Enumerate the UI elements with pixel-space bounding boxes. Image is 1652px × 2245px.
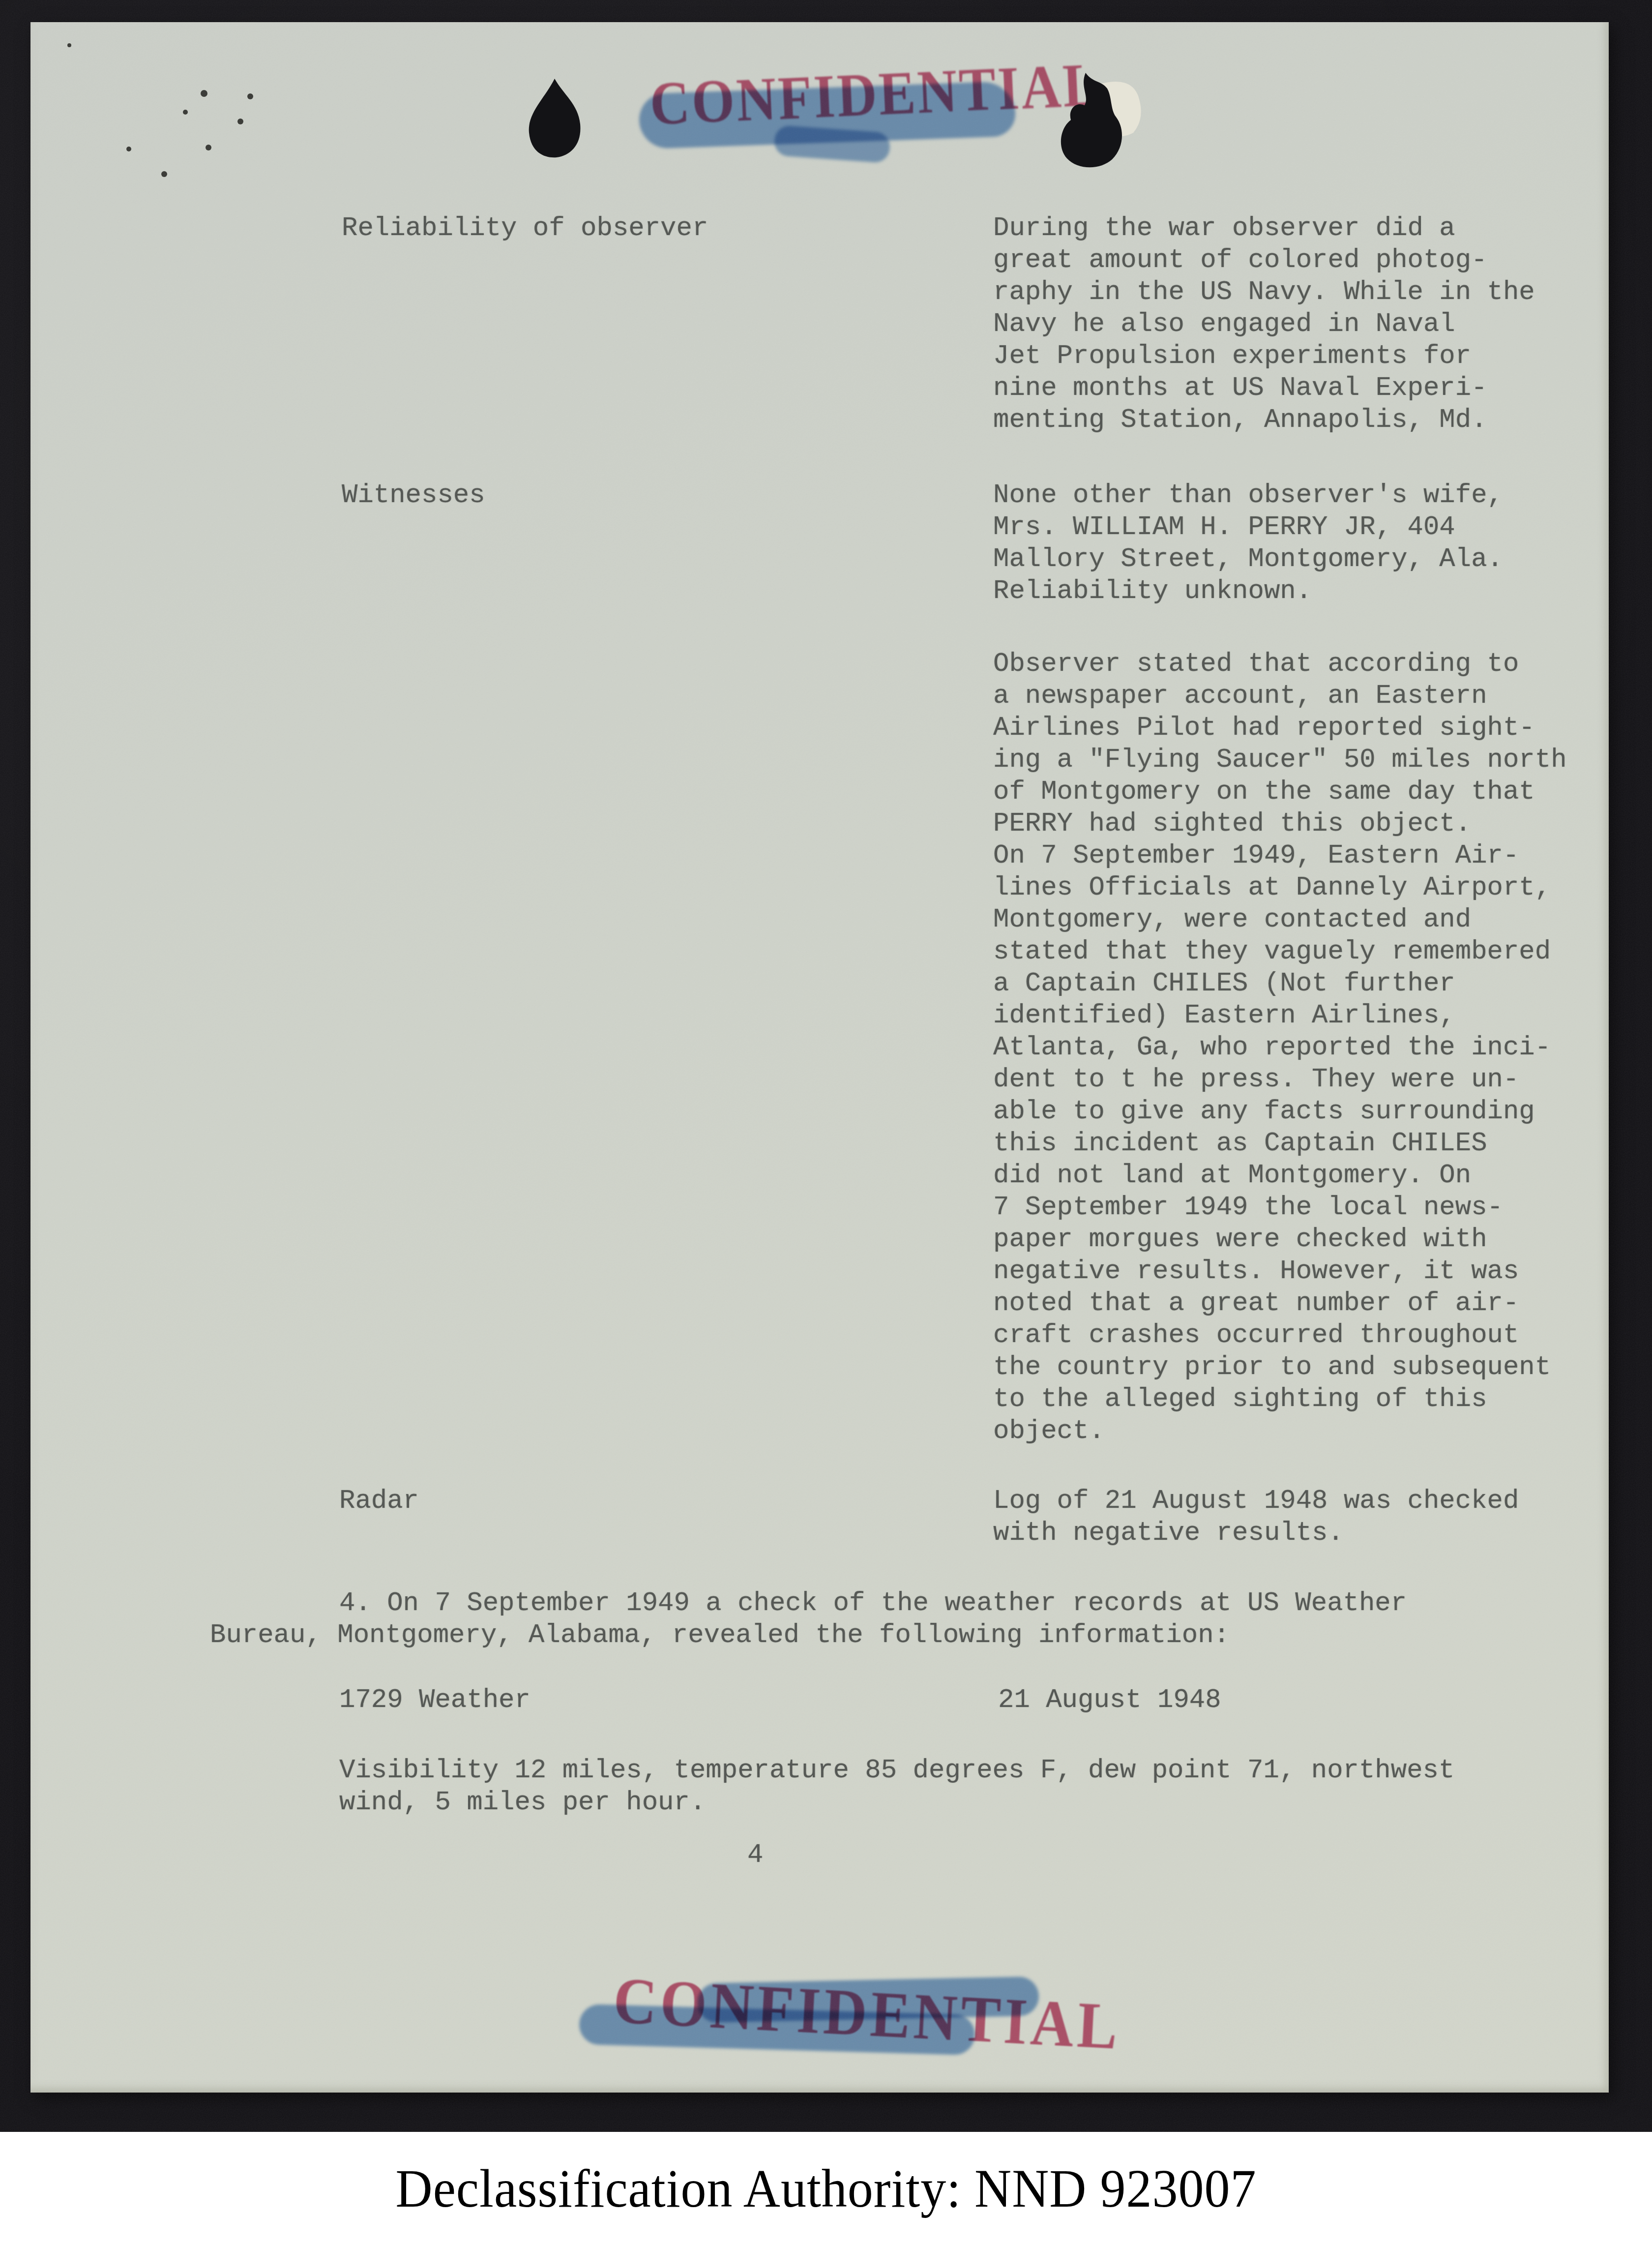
document-paper: CONFIDENTIAL Reliability of observer Dur… (30, 22, 1609, 2093)
declassification-authority-text: Declassification Authority: NND 923007 (396, 2158, 1257, 2219)
section-text-newspaper-account: Observer stated that according to a news… (993, 648, 1583, 1447)
page-number: 4 (747, 1839, 763, 1871)
section-label-reliability: Reliability of observer (342, 212, 708, 244)
weather-details-text: Visibility 12 miles, temperature 85 degr… (339, 1755, 1593, 1819)
scanned-document-page: CONFIDENTIAL Reliability of observer Dur… (0, 0, 1652, 2245)
confidential-stamp-top: CONFIDENTIAL (649, 49, 1103, 140)
weather-date: 21 August 1948 (998, 1684, 1221, 1716)
confidential-stamp-bottom: CONFIDENTIAL (612, 1963, 1123, 2065)
section-text-witnesses: None other than observer's wife, Mrs. WI… (993, 479, 1583, 607)
section-text-reliability: During the war observer did a great amou… (993, 212, 1583, 436)
paragraph-weather-check: 4. On 7 September 1949 a check of the we… (210, 1587, 1562, 1651)
section-text-radar: Log of 21 August 1948 was checked with n… (993, 1485, 1583, 1549)
declassification-footer: Declassification Authority: NND 923007 (0, 2132, 1652, 2245)
section-label-radar: Radar (339, 1485, 419, 1517)
section-label-witnesses: Witnesses (342, 479, 485, 511)
weather-time-label: 1729 Weather (339, 1684, 531, 1716)
